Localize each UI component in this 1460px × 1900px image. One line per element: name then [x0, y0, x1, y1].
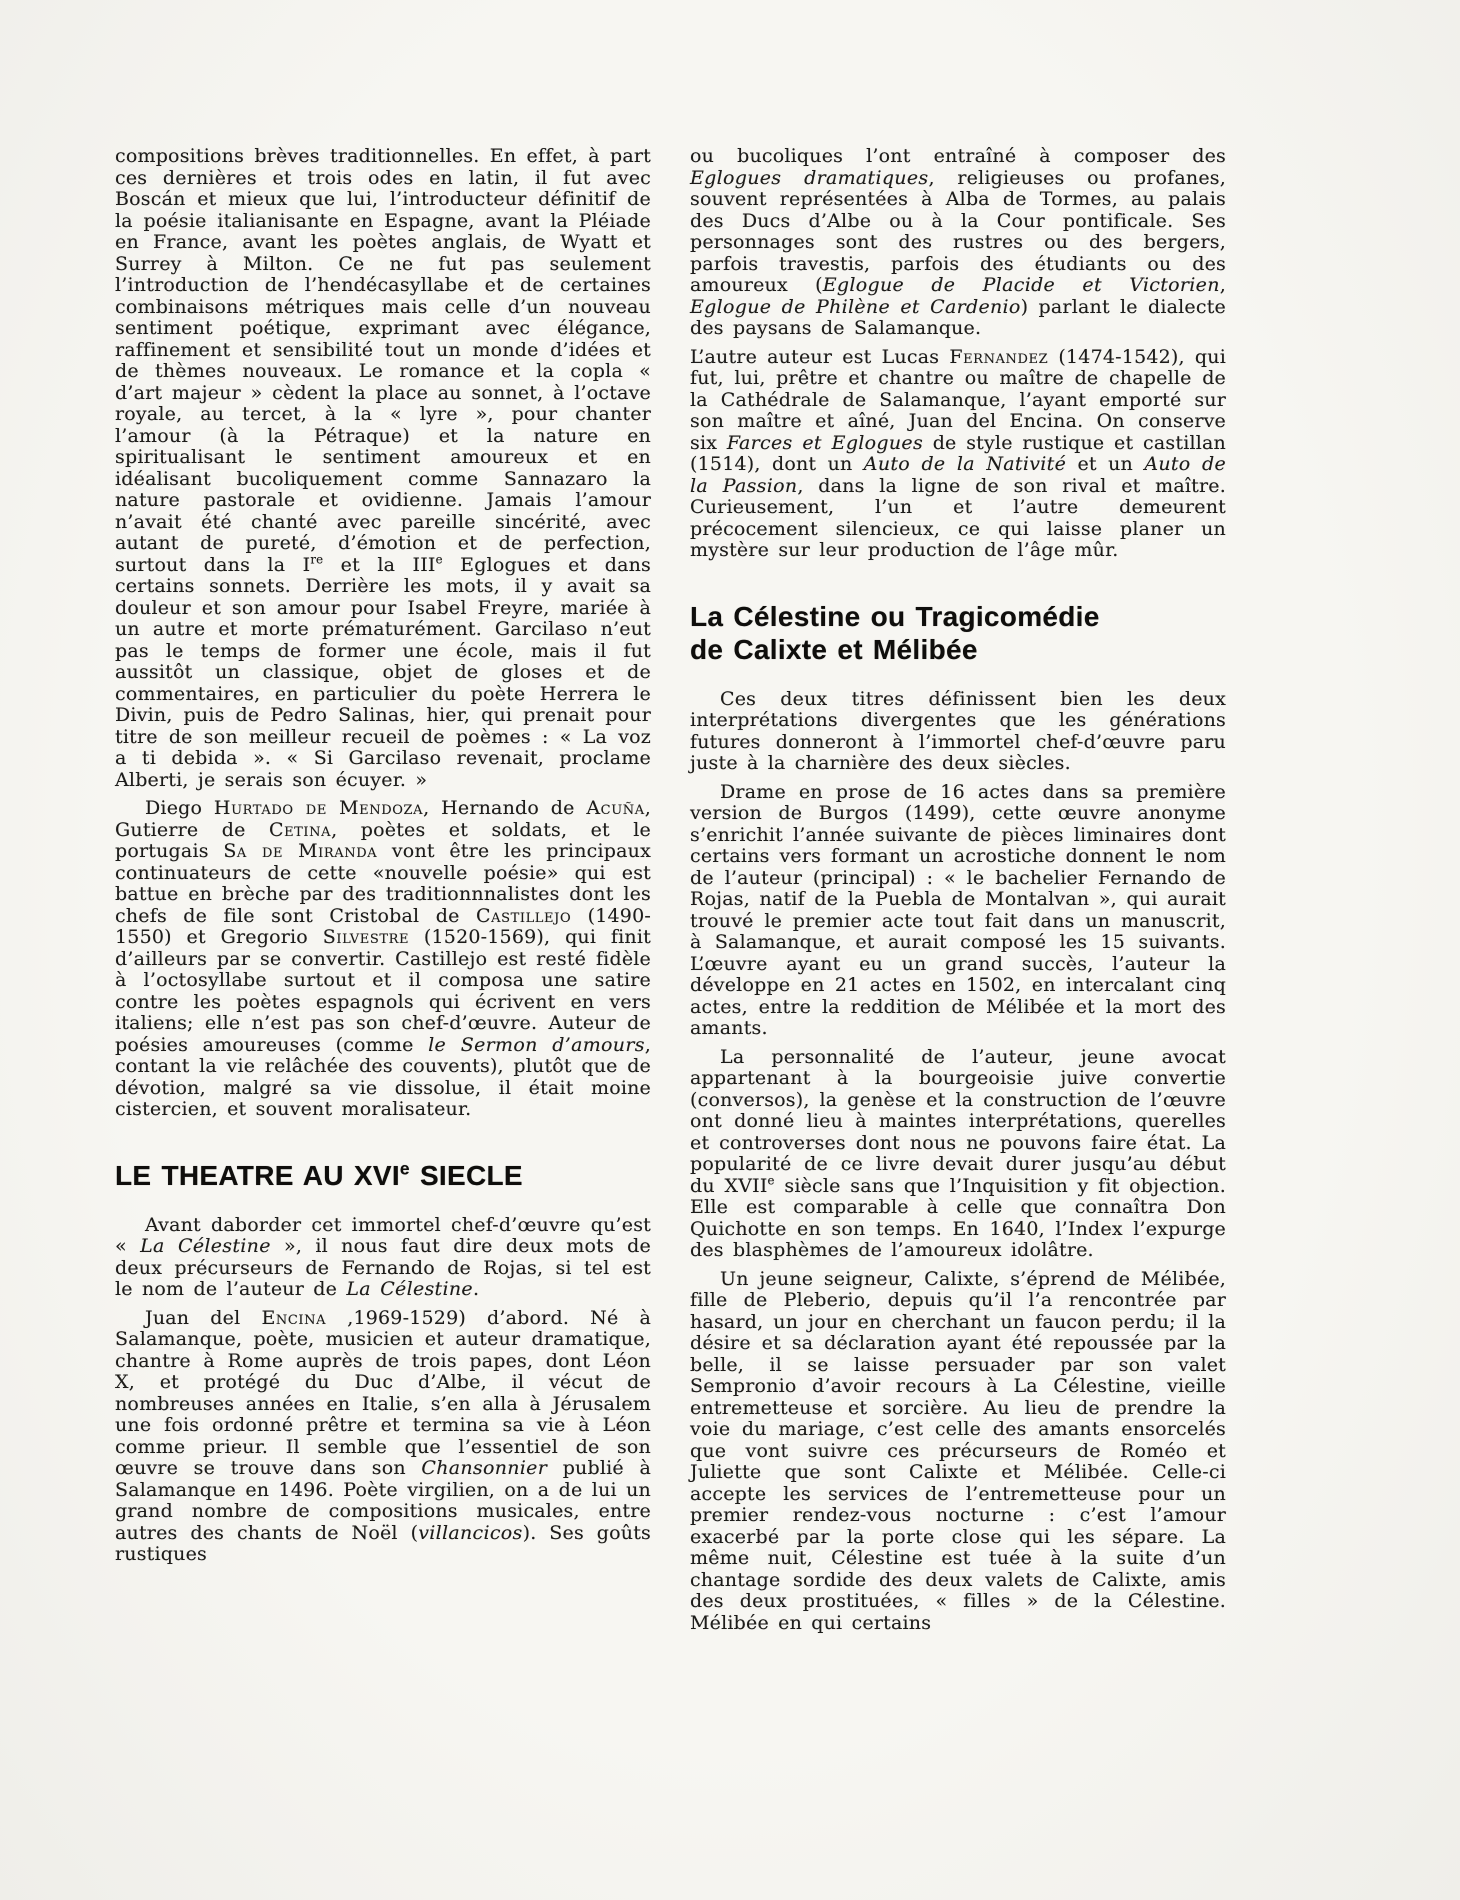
left-column: compositions brèves traditionnelles. En …	[115, 146, 651, 1641]
scanned-book-page: compositions brèves traditionnelles. En …	[0, 0, 1460, 1900]
paragraph: La personnalité de l’auteur, jeune avoca…	[690, 1047, 1226, 1262]
paragraph: Diego Hurtado de Mendoza, Hernando de Ac…	[115, 798, 651, 1121]
paragraph: compositions brèves traditionnelles. En …	[115, 146, 651, 791]
section-heading: La Célestine ou Tragicomédiede Calixte e…	[690, 600, 1226, 666]
paragraph: Drame en prose de 16 actes dans sa premi…	[690, 782, 1226, 1040]
paragraph: Avant daborder cet immortel chef-d’œuvre…	[115, 1215, 651, 1301]
paragraph: Un jeune seigneur, Calixte, s’éprend de …	[690, 1269, 1226, 1635]
paragraph: Juan del Encina ,1969-1529) d’abord. Né …	[115, 1308, 651, 1566]
two-column-text: compositions brèves traditionnelles. En …	[115, 146, 1226, 1641]
paragraph: ou bucoliques l’ont entraîné à composer …	[690, 146, 1226, 340]
right-column: ou bucoliques l’ont entraîné à composer …	[690, 146, 1226, 1641]
paragraph: Ces deux titres définissent bien les deu…	[690, 689, 1226, 775]
section-heading: LE THEATRE AU XVIe SIECLE	[115, 1159, 651, 1192]
paragraph: L’autre auteur est Lucas Fernandez (1474…	[690, 347, 1226, 562]
